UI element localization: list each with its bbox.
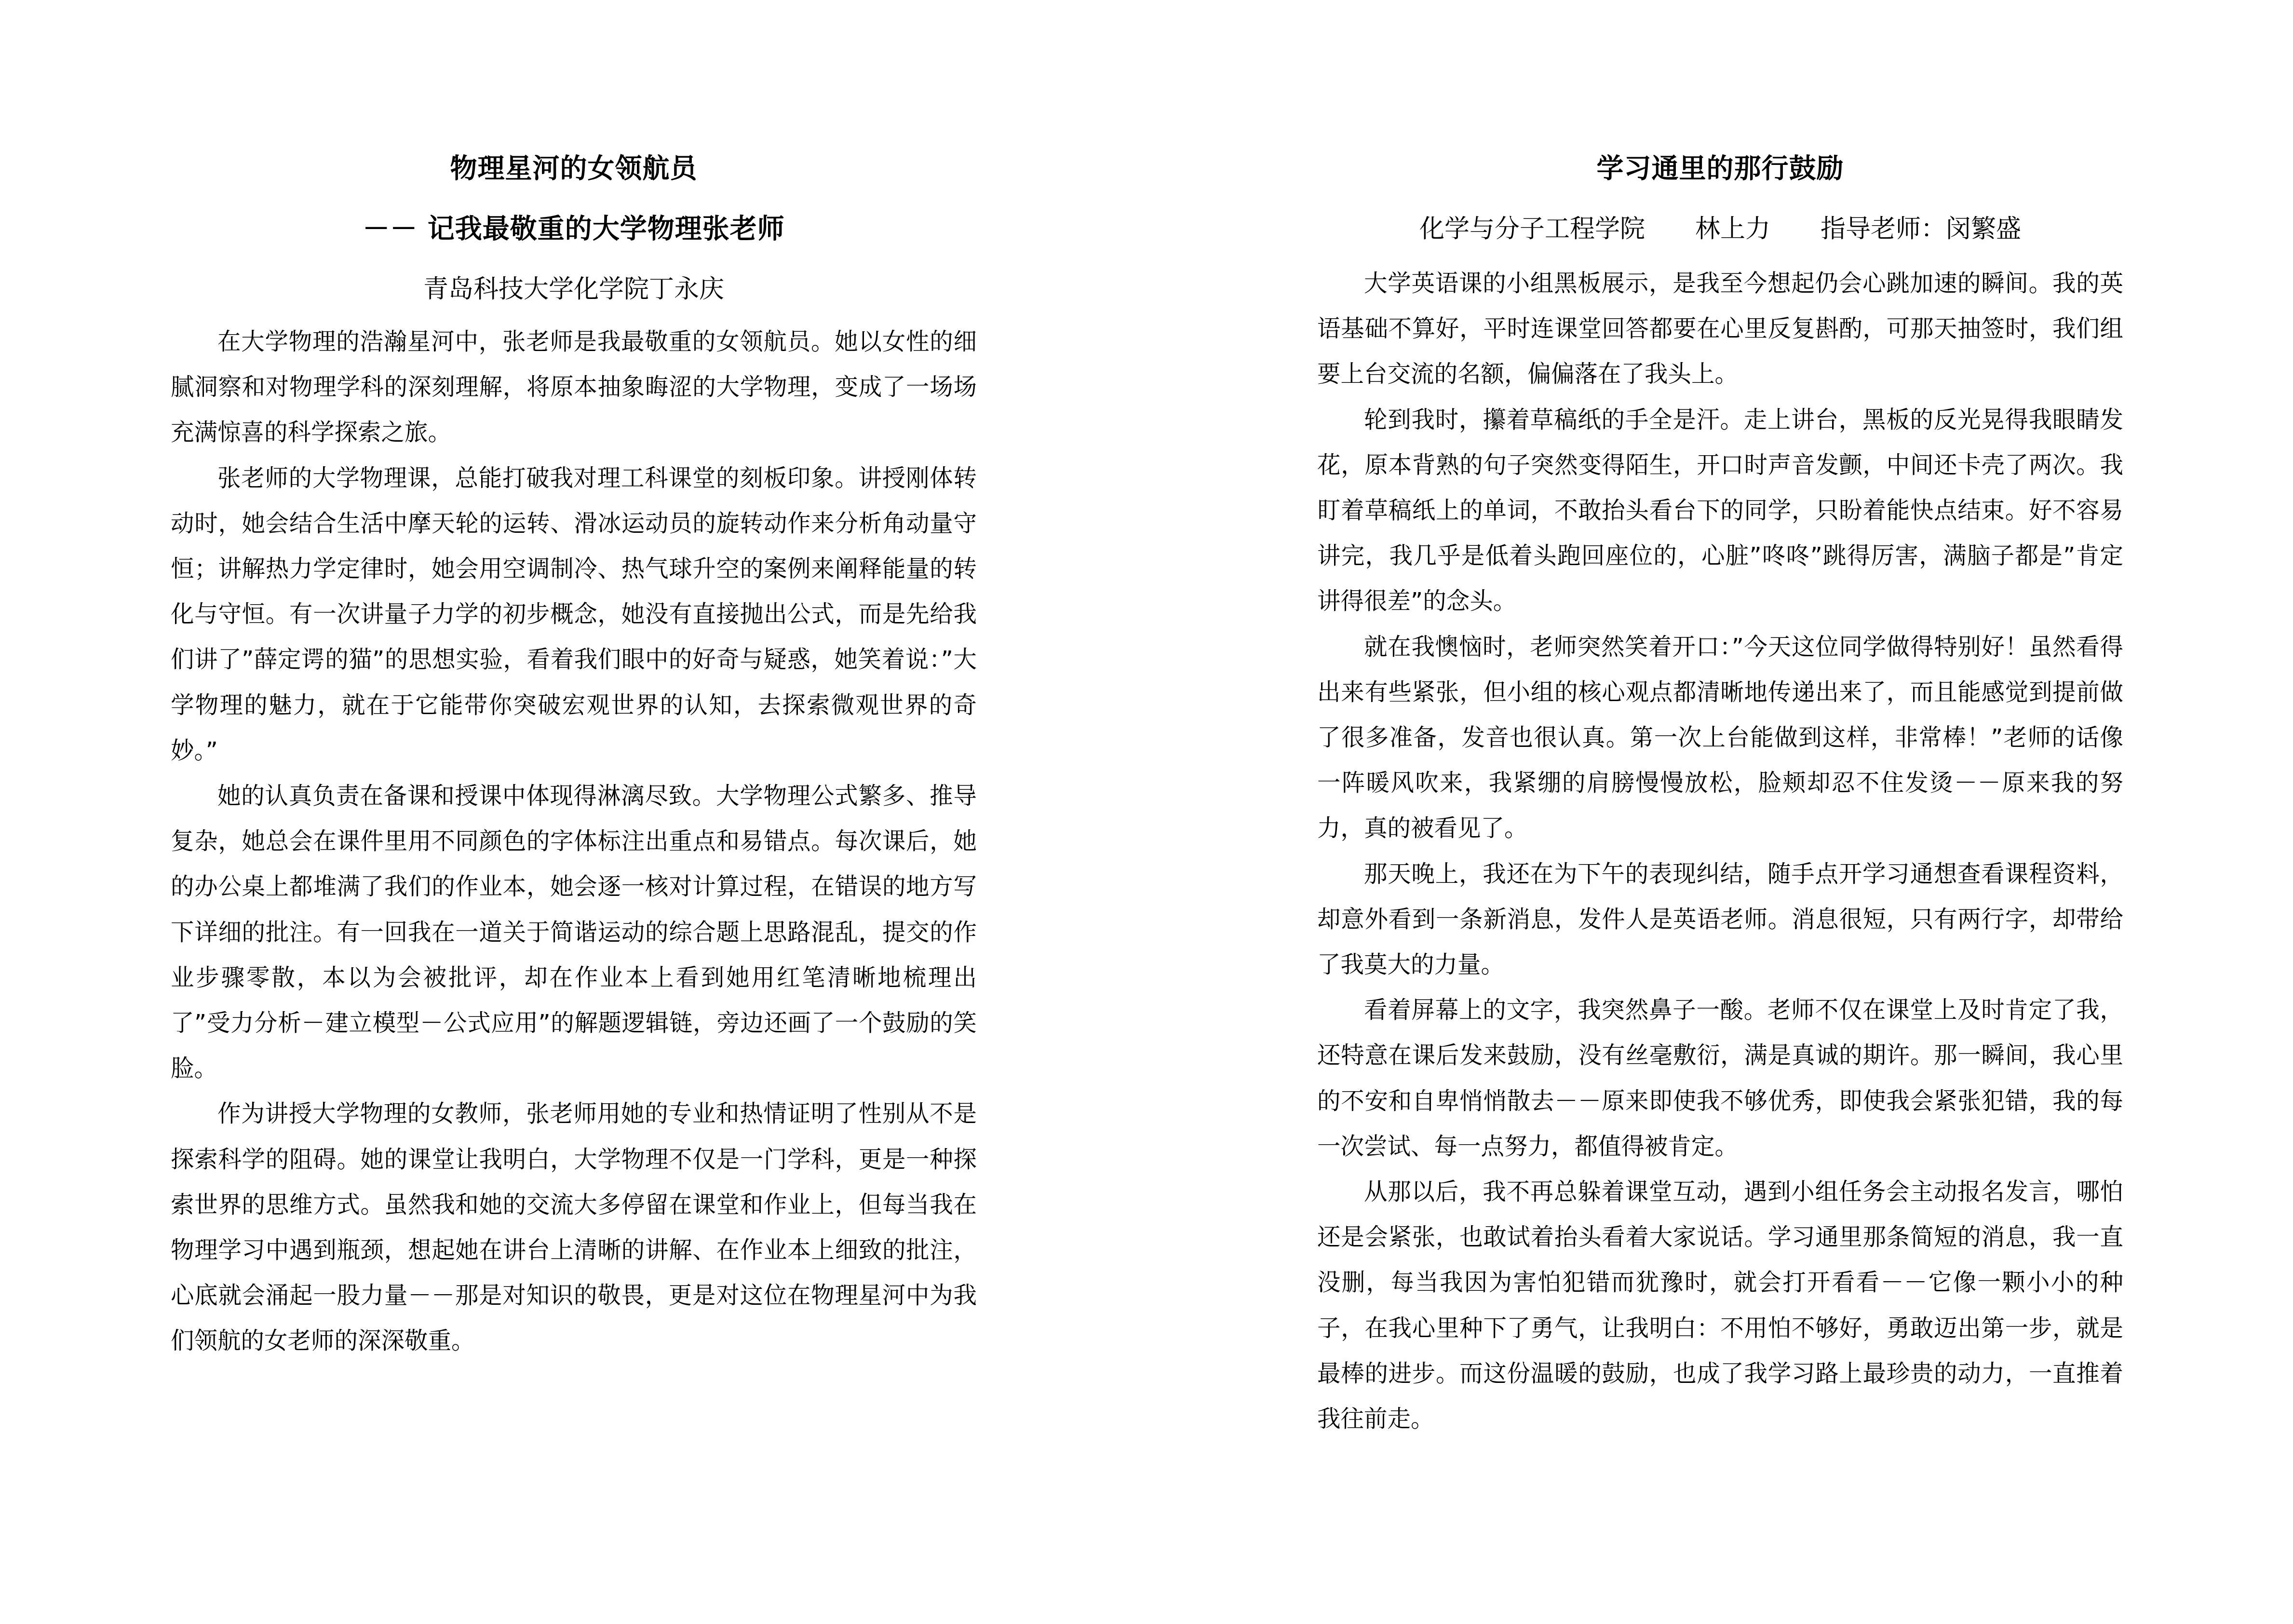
paragraph: 作为讲授大学物理的女教师，张老师用她的专业和热情证明了性别从不是探索科学的阻碍。… [171,1091,977,1364]
article-title: 学习通里的那行鼓励 [1317,152,2123,186]
paragraph: 从那以后，我不再总躲着课堂互动，遇到小组任务会主动报名发言，哪怕还是会紧张，也敢… [1317,1169,2123,1442]
paragraph: 就在我懊恼时，老师突然笑着开口：”今天这位同学做得特别好！虽然看得出来有些紧张，… [1317,624,2123,852]
paragraph: 大学英语课的小组黑板展示，是我至今想起仍会心跳加速的瞬间。我的英语基础不算好，平… [1317,261,2123,397]
paragraph: 张老师的大学物理课，总能打破我对理工科课堂的刻板印象。讲授刚体转动时，她会结合生… [171,456,977,773]
paragraph: 轮到我时，攥着草稿纸的手全是汗。走上讲台，黑板的反光晃得我眼睛发花，原本背熟的句… [1317,397,2123,624]
paragraph: 她的认真负责在备课和授课中体现得淋漓尽致。大学物理公式繁多、推导复杂，她总会在课… [171,773,977,1091]
article-author: 青岛科技大学化学院丁永庆 [171,272,977,306]
paragraph: 那天晚上，我还在为下午的表现纠结，随手点开学习通想查看课程资料，却意外看到一条新… [1317,852,2123,988]
article-body: 在大学物理的浩瀚星河中，张老师是我最敬重的女领航员。她以女性的细腻洞察和对物理学… [171,319,977,1364]
document-spread: 物理星河的女领航员 －－ 记我最敬重的大学物理张老师 青岛科技大学化学院丁永庆 … [0,0,2293,1624]
article-subtitle: －－ 记我最敬重的大学物理张老师 [171,212,977,246]
article-author-line: 化学与分子工程学院 林上力 指导老师：闵繁盛 [1317,212,2123,246]
article-body: 大学英语课的小组黑板展示，是我至今想起仍会心跳加速的瞬间。我的英语基础不算好，平… [1317,261,2123,1442]
article-title: 物理星河的女领航员 [171,152,977,186]
paragraph: 看着屏幕上的文字，我突然鼻子一酸。老师不仅在课堂上及时肯定了我，还特意在课后发来… [1317,988,2123,1169]
paragraph: 在大学物理的浩瀚星河中，张老师是我最敬重的女领航员。她以女性的细腻洞察和对物理学… [171,319,977,456]
